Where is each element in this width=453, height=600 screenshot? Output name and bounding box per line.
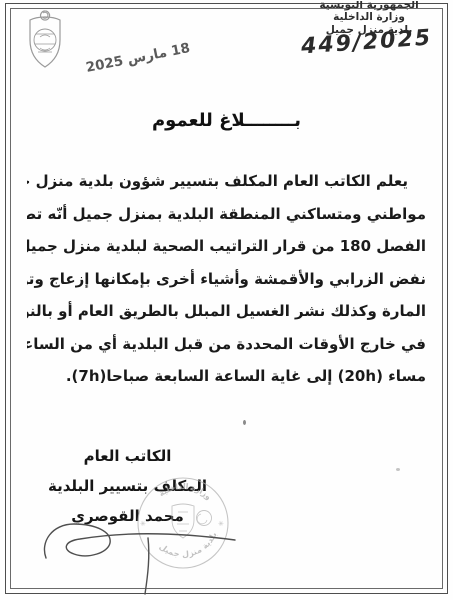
body-line: في خارج الأوقات المحددة من قبل البلدية أ… <box>27 328 426 361</box>
scan-speck <box>396 468 400 471</box>
signer-role-1: الكاتب العام <box>35 441 220 471</box>
letterhead-republic: الجمهورية التونسية <box>299 1 439 11</box>
scanned-document-page: الجمهورية التونسية وزارة الداخلية بلدية … <box>0 0 453 600</box>
svg-text:وزارة الداخلية: وزارة الداخلية <box>157 482 213 502</box>
letterhead-ministry: وزارة الداخلية <box>299 11 439 24</box>
scan-speck <box>243 420 246 425</box>
body-line: مواطني ومتساكني المنطقة البلدية بمنزل جم… <box>27 198 426 231</box>
handwritten-signature <box>32 512 252 598</box>
body-line: مساء (20h) إلى غاية الساعة السابعة صباحا… <box>27 360 426 393</box>
body-line: يعلم الكاتب العام المكلف بتسيير شؤون بلد… <box>27 165 426 198</box>
national-emblem-icon <box>20 10 70 72</box>
body-line: الفصل 180 من قرار التراتيب الصحية لبلدية… <box>27 230 426 263</box>
announcement-body: يعلم الكاتب العام المكلف بتسيير شؤون بلد… <box>27 165 426 393</box>
letterhead-republic-text: الجمهورية التونسية <box>319 1 418 11</box>
date-stamp: 18 مارس 2025 <box>68 37 208 79</box>
stamp-top-text: وزارة الداخلية <box>157 482 213 502</box>
body-line: المارة وكذلك نشر الغسيل المبلل بالطريق ا… <box>27 295 426 328</box>
body-line: نفض الزرابي والأقمشة وأشياء أخرى بإمكانه… <box>27 263 426 296</box>
document-title: بــــــــلاغ للعموم <box>0 110 453 131</box>
